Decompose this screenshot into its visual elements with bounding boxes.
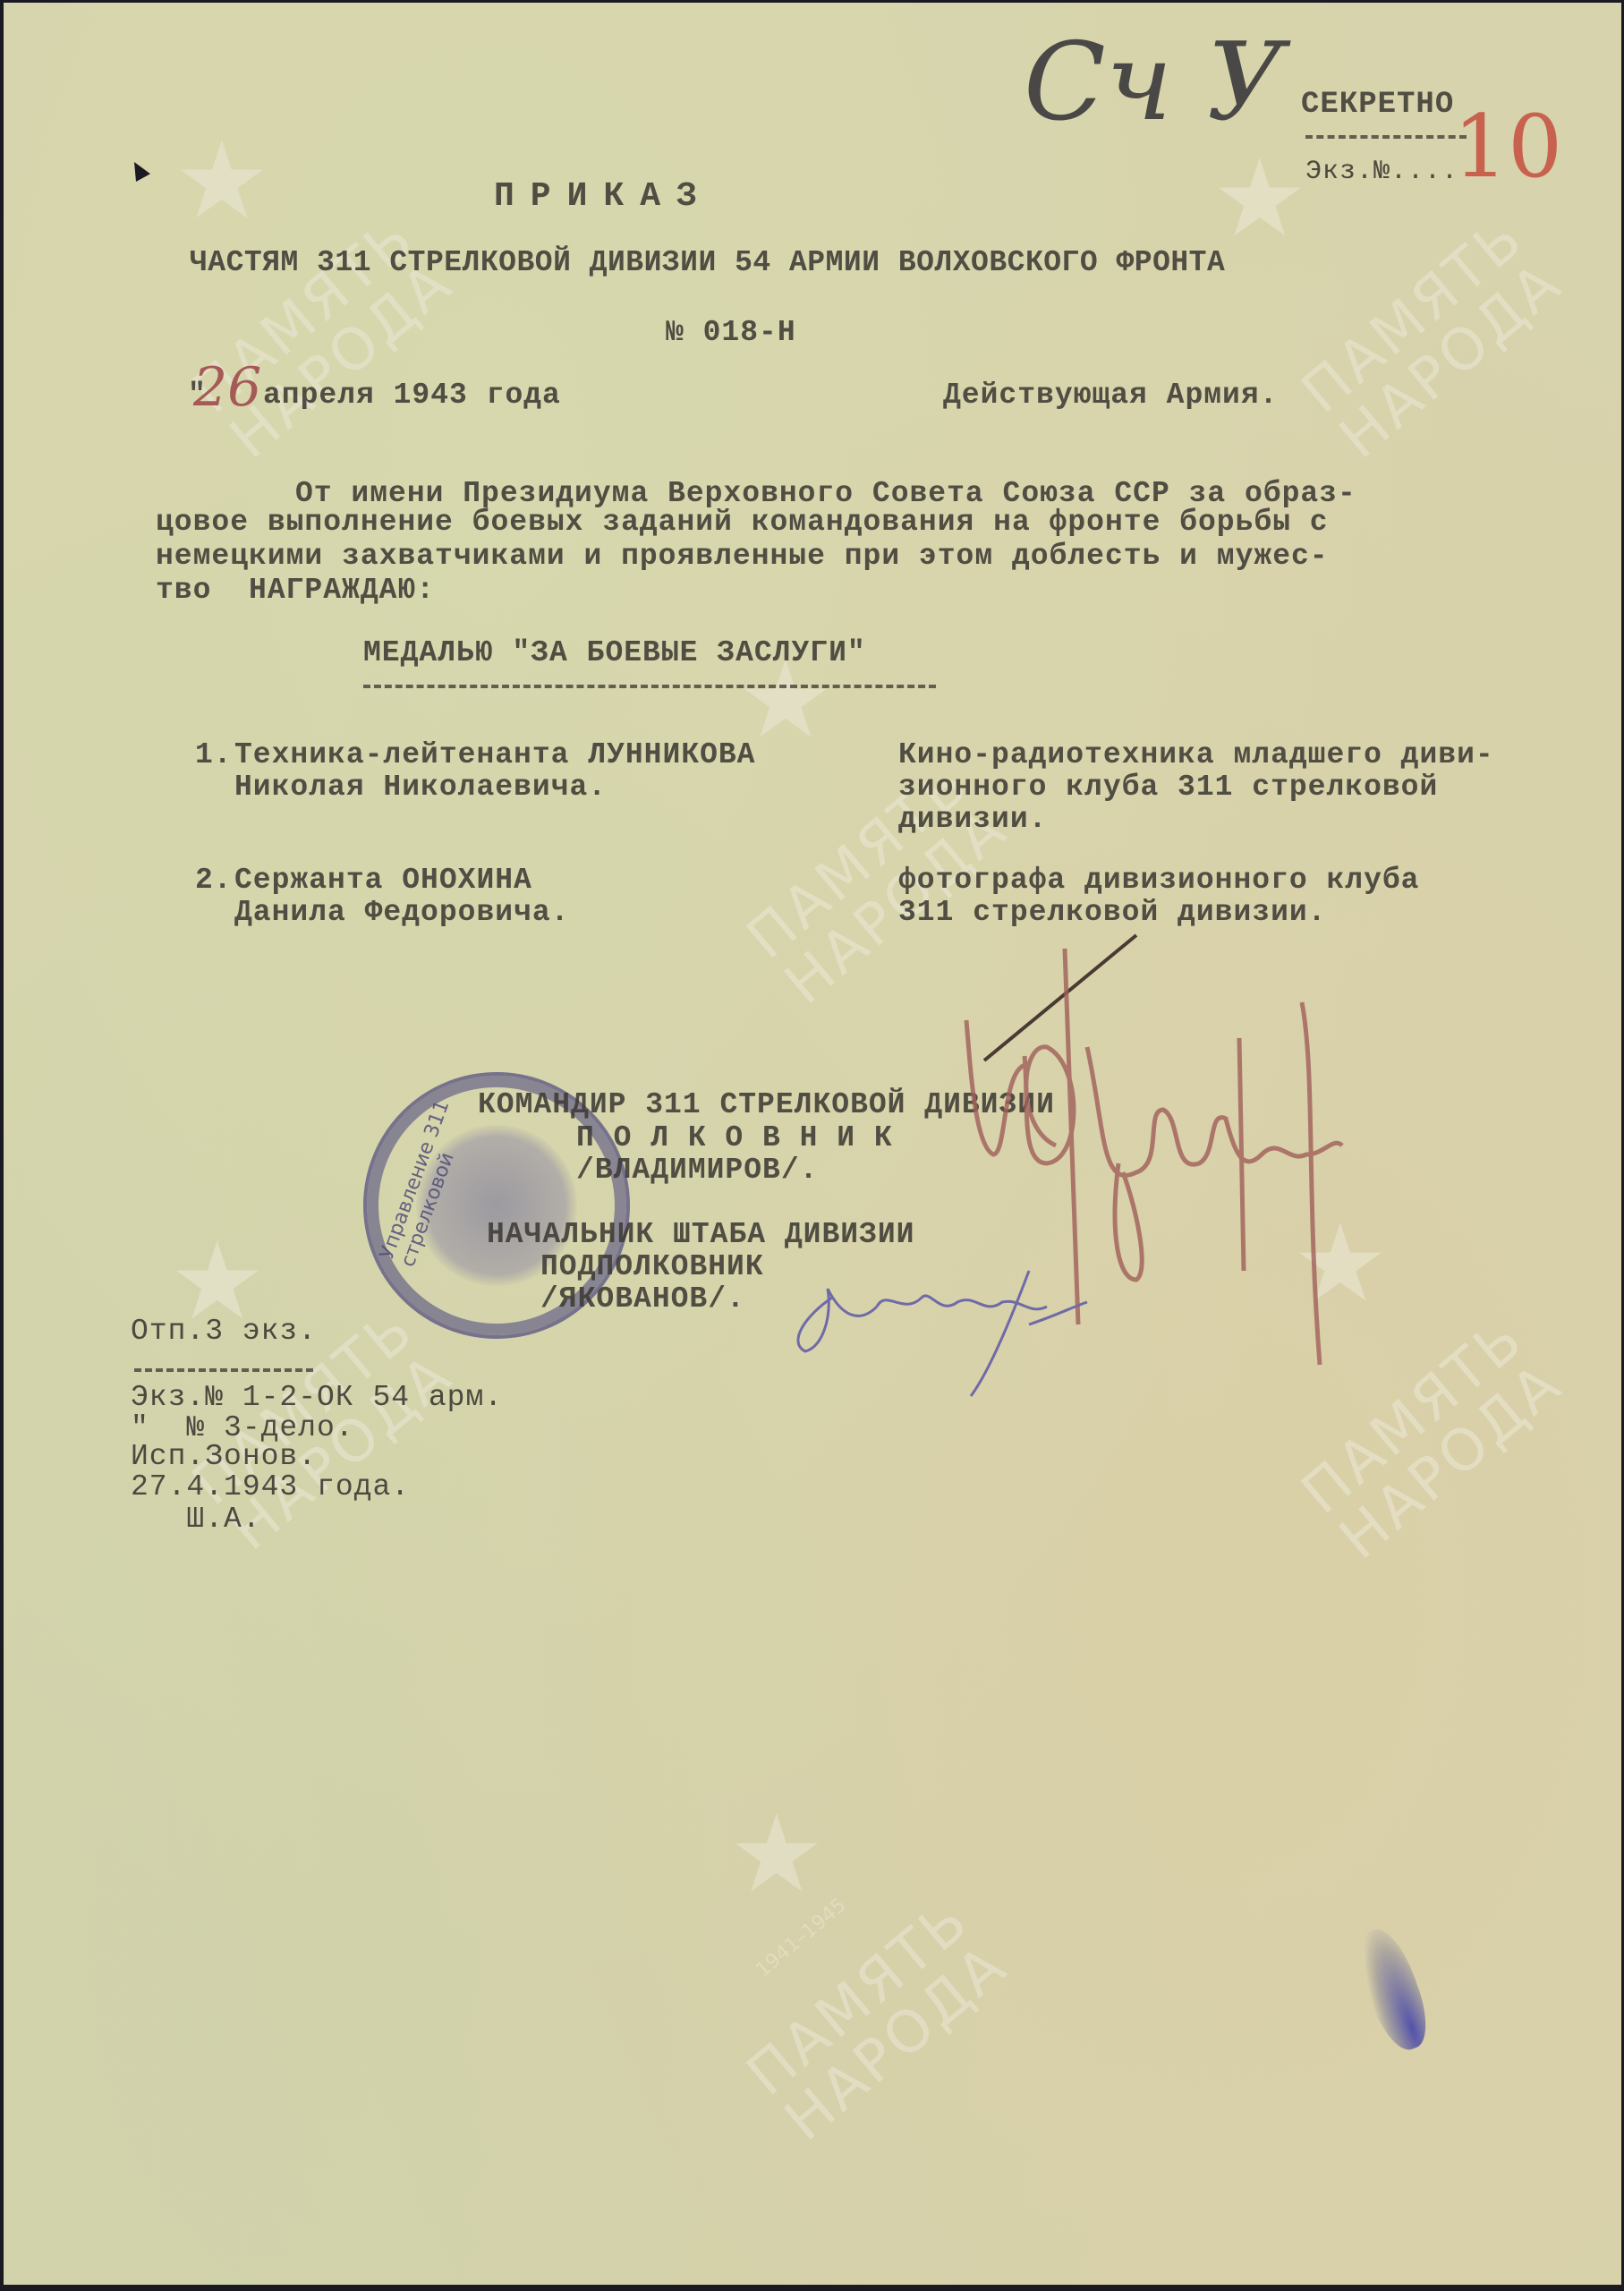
approval-stroke xyxy=(984,935,1136,1060)
chief-of-staff-signature-icon xyxy=(798,1271,1087,1396)
handwriting-overlay xyxy=(0,0,1624,2291)
commander-signature-icon xyxy=(966,949,1342,1365)
